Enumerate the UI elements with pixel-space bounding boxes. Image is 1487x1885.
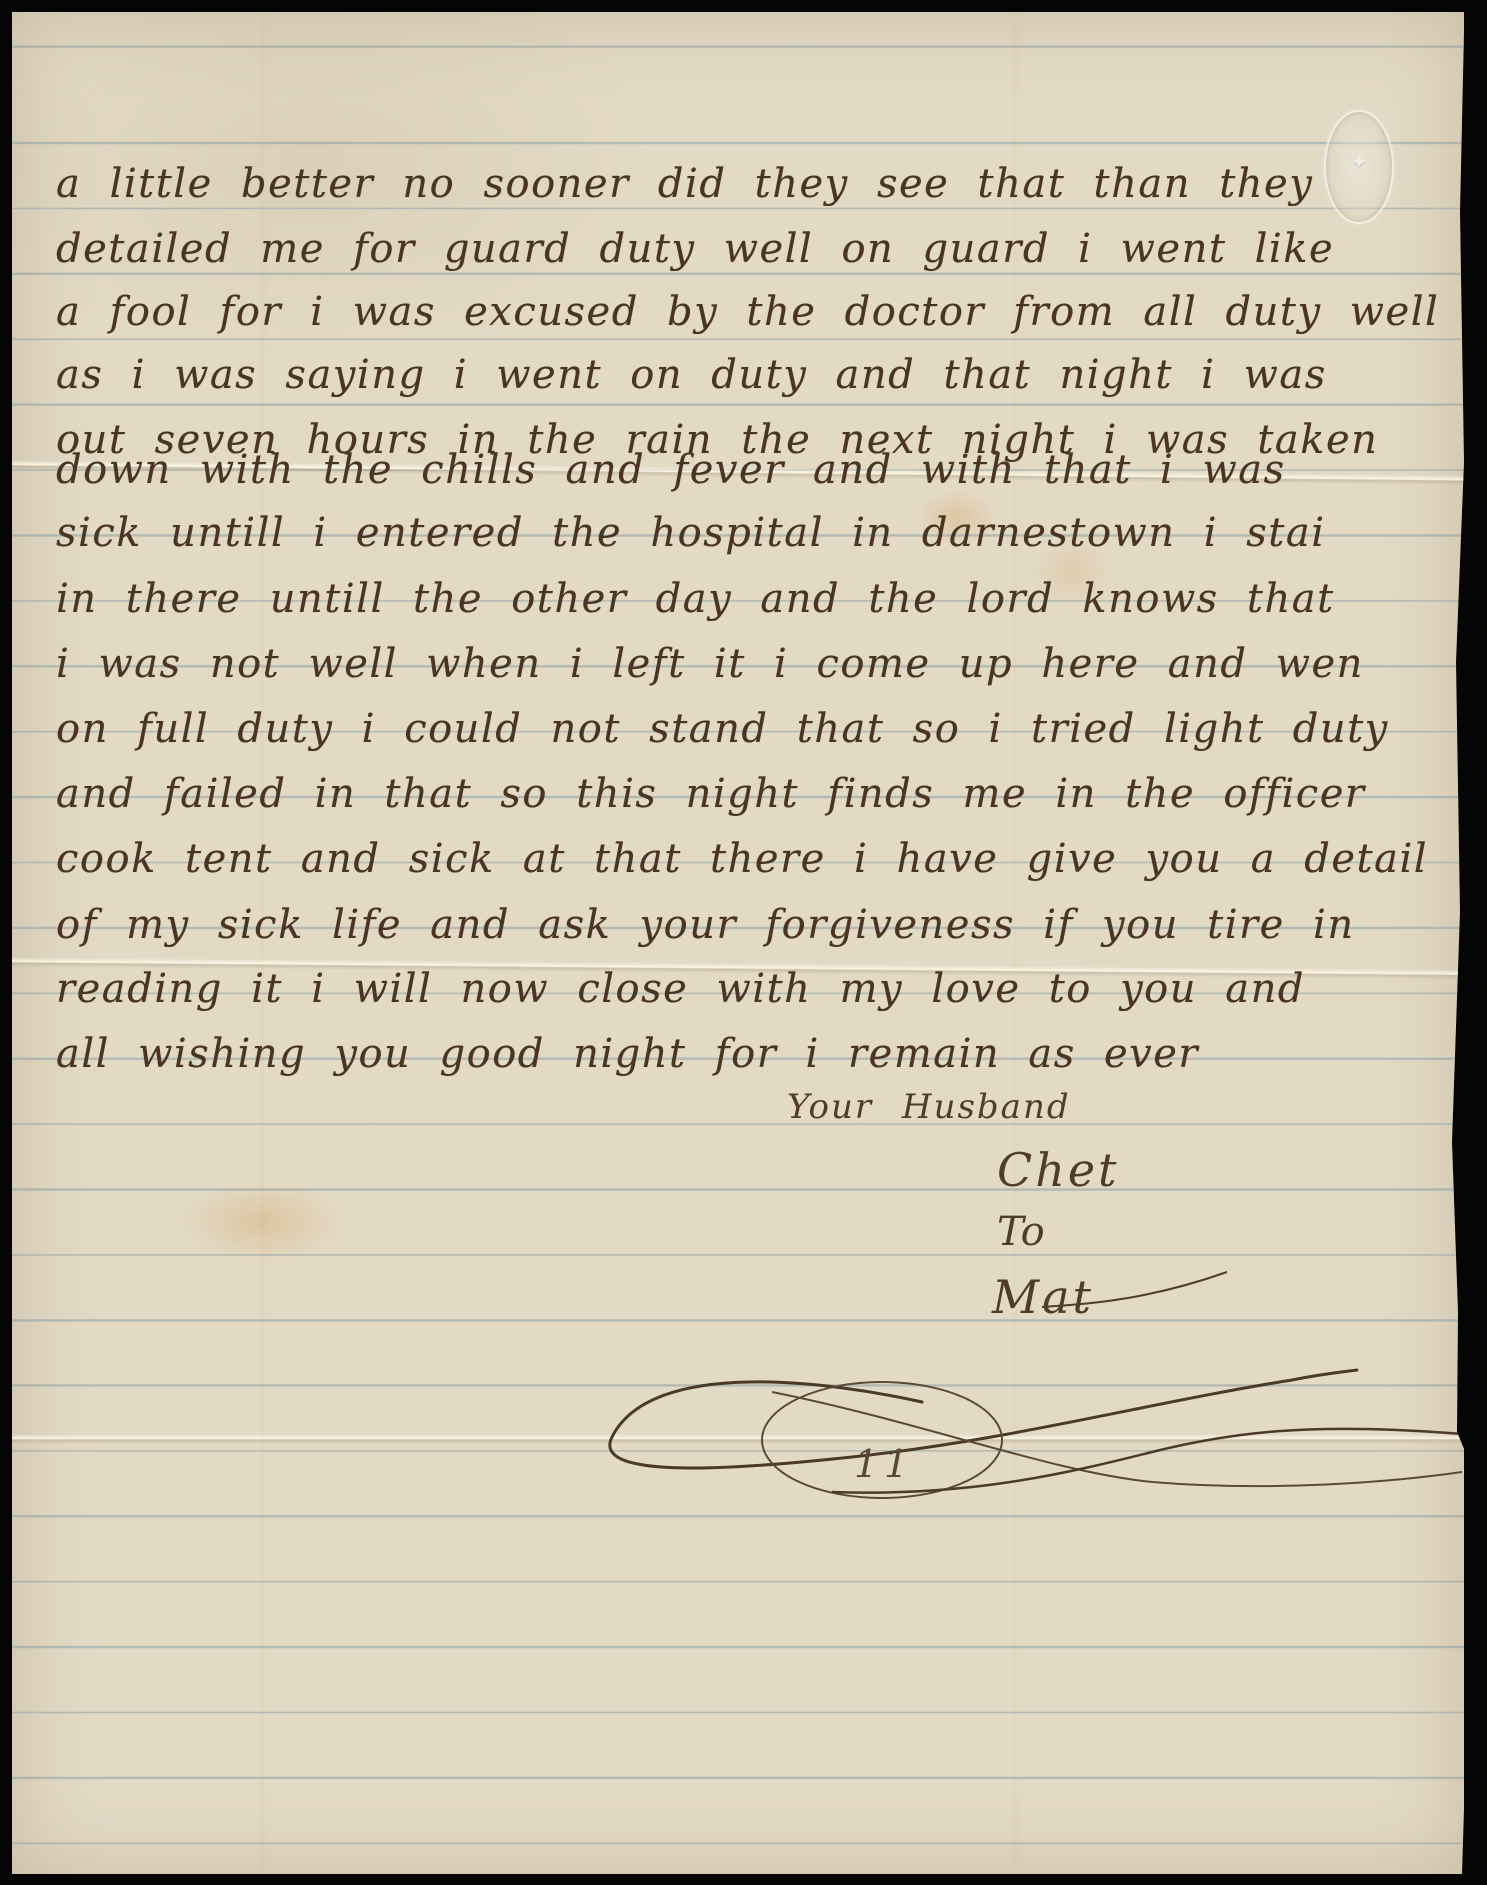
letter-line: in there untill the other day and the lo… xyxy=(56,579,1335,619)
page-number: 11 xyxy=(854,1442,914,1486)
embossed-seal-icon: ✦ xyxy=(1324,110,1394,224)
letter-line: i was not well when i left it i come up … xyxy=(56,644,1364,684)
letter-line: reading it i will now close with my love… xyxy=(56,969,1305,1009)
letter-line: a little better no sooner did they see t… xyxy=(56,164,1313,204)
to-label: To xyxy=(997,1212,1045,1252)
letter-line: cook tent and sick at that there i have … xyxy=(56,839,1428,879)
letter-line: as i was saying i went on duty and that … xyxy=(56,355,1327,395)
letter-line: down with the chills and fever and with … xyxy=(56,450,1286,490)
letter-page: ✦ a little better no sooner did they see… xyxy=(12,12,1464,1874)
letter-line: detailed me for guard duty well on guard… xyxy=(56,229,1334,269)
closing-salutation: Your Husband xyxy=(787,1090,1071,1124)
letter-line: and failed in that so this night finds m… xyxy=(56,774,1366,814)
letter-line: of my sick life and ask your forgiveness… xyxy=(56,905,1355,945)
letter-line: sick untill i entered the hospital in da… xyxy=(56,513,1326,553)
letter-line: a fool for i was excused by the doctor f… xyxy=(56,292,1439,332)
signature: Chet xyxy=(997,1147,1120,1193)
letter-line: on full duty i could not stand that so i… xyxy=(56,709,1389,749)
decorative-flourish-icon xyxy=(592,1362,1462,1522)
signature-underline-flourish xyxy=(1042,1252,1232,1312)
letter-line: all wishing you good night for i remain … xyxy=(56,1034,1199,1074)
seal-mark: ✦ xyxy=(1326,150,1392,174)
